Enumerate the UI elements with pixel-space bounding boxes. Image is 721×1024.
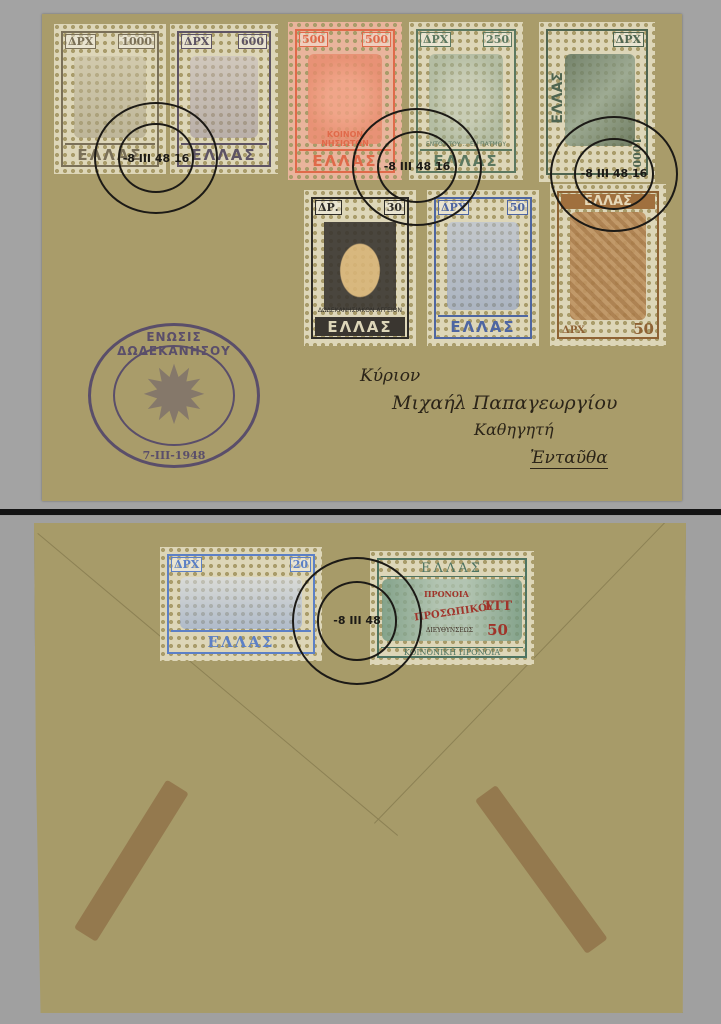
envelope-front: ΔΡΧ 1000 ΕΛΛΑΣ ΔΡΧ 600 ΕΛΛΑΣ 500 500 ΚΟΙ… [42,14,682,501]
dodecanese-union-cachet: ✹ ΕΝΩΣΙΣ ΔΩΔΕΚΑΝΗΣΟΥ 7-III-1948 [88,323,260,468]
address-line-3: Καθηγητή [474,420,554,439]
tape-stain [475,785,608,954]
address-line-1: Κύριον [360,366,420,386]
postmark: -8 III 48 16 [352,108,482,226]
envelope-back: ΔΡΧ 20 ΕΛΛΑΣ ΕΛΛΑΣ ΠΡΟΝΟΙΑ ΠΡΟΣΩΠΙΚΟΥ ΔΙ… [34,523,686,1013]
postmark: -8 III 48 [292,557,422,685]
photo-divider [0,509,721,515]
sun-star-icon: ✹ [140,356,207,436]
postmark: -8 III 48 16 [94,102,218,214]
address-line-2: Μιχαήλ Παπαγεωργίου [392,392,617,414]
address-line-4: Ἐνταῦθα [530,448,608,469]
postmark: -8 III 48 16 [550,116,678,232]
tape-stain [74,780,189,942]
